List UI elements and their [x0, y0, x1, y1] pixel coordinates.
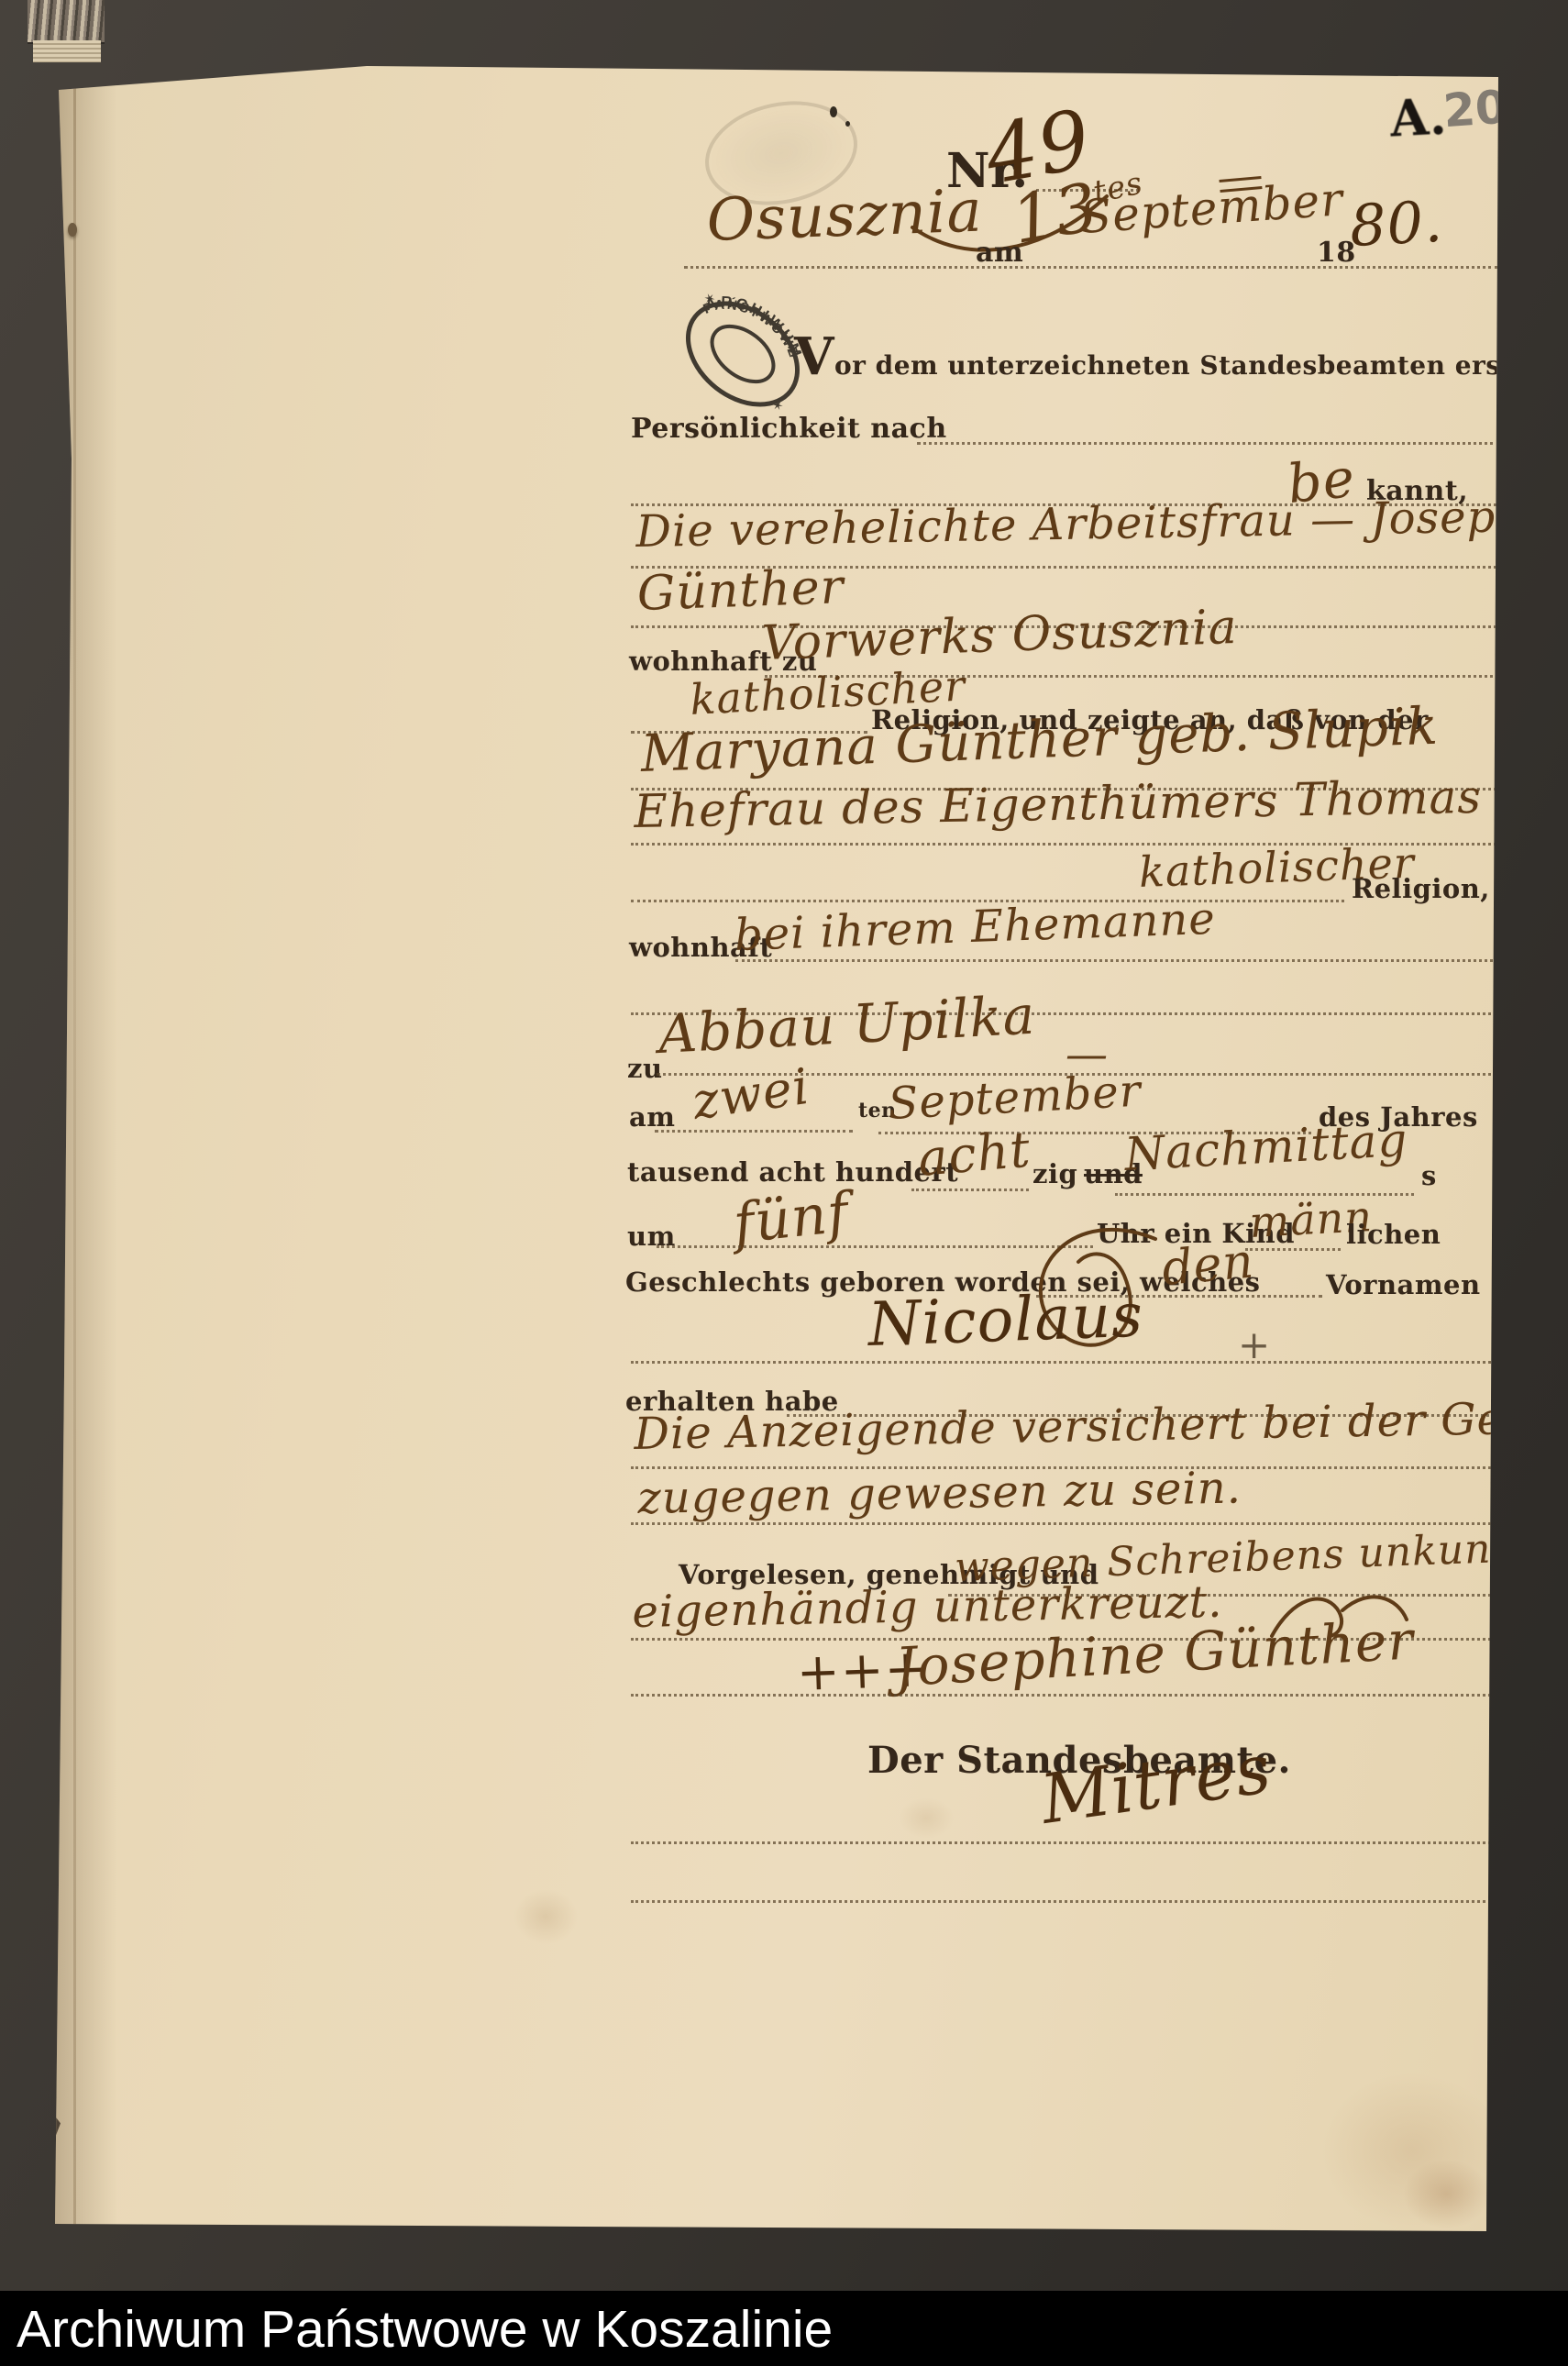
dotted-rule: [631, 1522, 1502, 1525]
hw-article-den: den: [1160, 1233, 1256, 1297]
ink-speck: [845, 121, 850, 127]
fold-crease: [73, 61, 76, 2225]
dotted-rule: [911, 1189, 1029, 1191]
dotted-rule: [631, 1361, 1502, 1364]
paper-stain: [899, 1797, 954, 1839]
dotted-rule: [631, 1841, 1502, 1844]
dotted-rule: [631, 1694, 1502, 1697]
document-page: A. 209. Nr. 49 tes Osusznia am 13 Septem…: [0, 0, 1568, 2366]
printed-zu: zu: [627, 1053, 663, 1084]
printed-intro-line2: Persönlichkeit nach: [631, 413, 947, 445]
printed-zig: zig: [1032, 1158, 1077, 1189]
hw-child-name: Nicolaus: [867, 1280, 1144, 1360]
printed-intro-line1: Vor dem unterzeichneten Standesbeamten e…: [794, 350, 1568, 381]
printed-lichen: lichen: [1346, 1219, 1441, 1250]
archive-name: Archiwum Państwowe w Koszalinie: [17, 2291, 833, 2366]
dotted-rule: [917, 442, 1500, 445]
hw-decade: acht: [916, 1121, 1033, 1188]
date-year: 80.: [1348, 188, 1444, 260]
printed-religion: Religion,: [1352, 873, 1490, 904]
hw-declarant-line2: Günther: [636, 559, 845, 622]
paper-stain: [1403, 2160, 1490, 2228]
hw-declarant-line1: Die verehelichte Arbeitsfrau — Josephine: [635, 490, 1568, 558]
a-stamp: A.: [1388, 86, 1448, 148]
ink-speck: [830, 106, 837, 117]
hw-birthplace: Abbau Upilka: [657, 984, 1036, 1066]
dotted-rule: [1245, 1248, 1341, 1251]
hw-birth-day: zwei: [689, 1057, 812, 1131]
archive-footer-bar: Archiwum Państwowe w Koszalinie: [0, 2291, 1568, 2366]
dotted-rule: [735, 959, 1498, 962]
dotted-rule: [655, 1130, 853, 1133]
printed-vornamen: Vornamen: [1326, 1269, 1481, 1300]
hw-time-of-day: Nachmittag: [1123, 1113, 1409, 1181]
hw-witness-line2: zugegen gewesen zu sein.: [637, 1463, 1242, 1524]
printed-s: s: [1421, 1160, 1437, 1191]
date-place: Osusznia: [705, 178, 983, 255]
document-scan: A. 209. Nr. 49 tes Osusznia am 13 Septem…: [0, 0, 1568, 2366]
page-edge-stack: [33, 40, 101, 62]
paper-stain: [513, 1889, 578, 1944]
dotted-rule: [684, 266, 1498, 269]
printed-tausend: tausend acht hundert: [627, 1156, 958, 1188]
dotted-rule: [631, 1900, 1502, 1903]
printed-am2: am: [629, 1101, 675, 1133]
hw-with-husband: bei ihrem Ehemanne: [734, 893, 1216, 961]
book-binding-threads: [28, 0, 105, 44]
paper-hole: [68, 223, 77, 237]
